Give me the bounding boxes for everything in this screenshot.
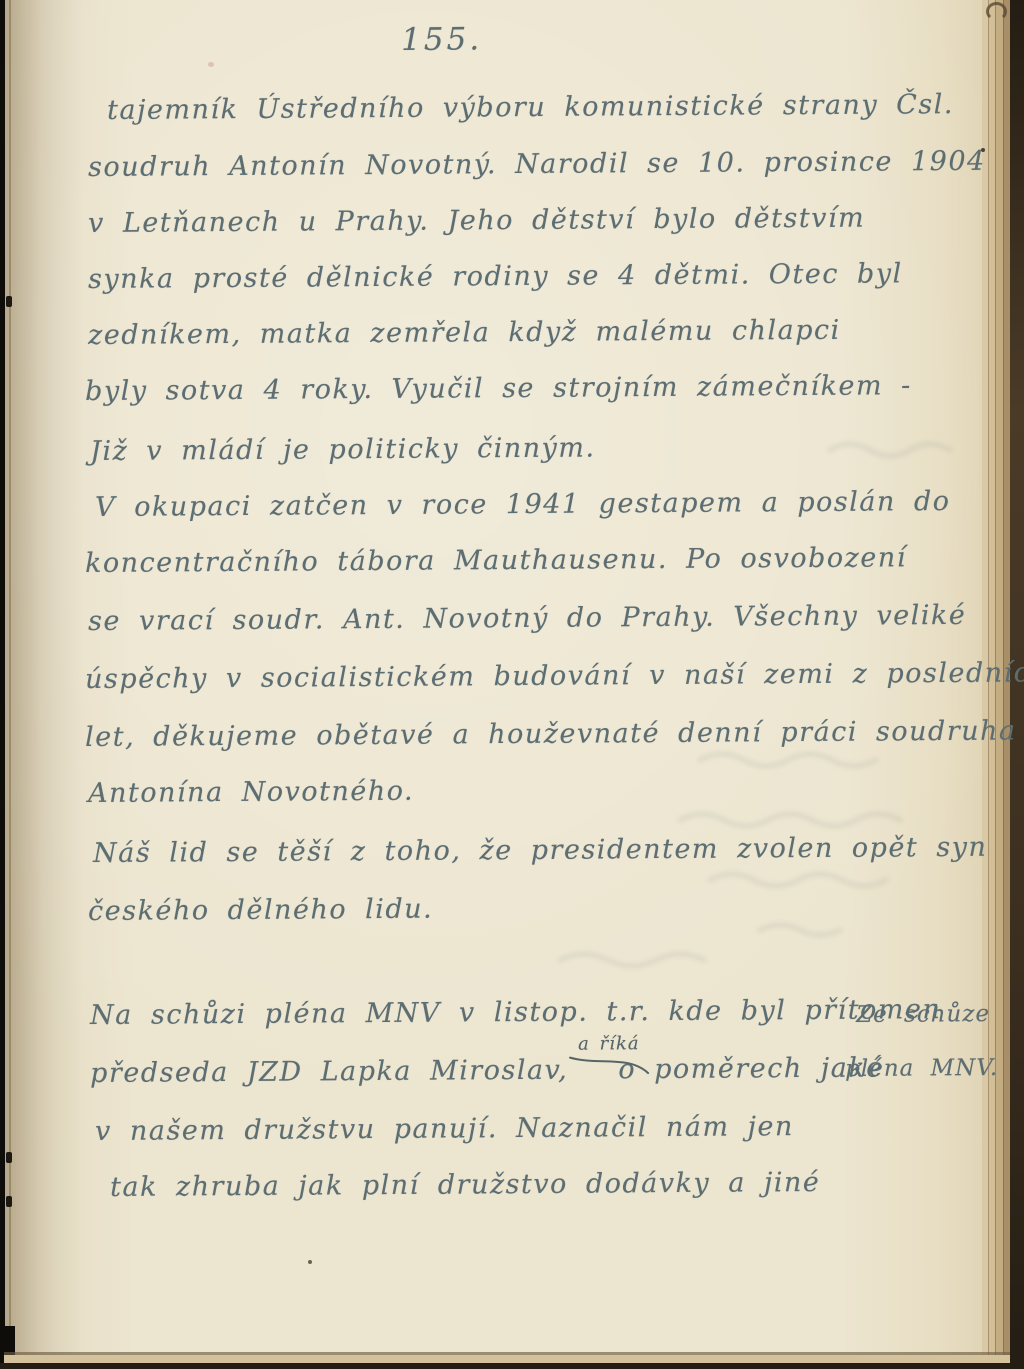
page-bottom-band (4, 1355, 1010, 1363)
handwritten-line-1: tajemník Ústředního výboru komunistické … (107, 89, 954, 126)
margin-note-line-1: Ze schůze (856, 1001, 990, 1028)
stitch-mark (6, 1152, 12, 1163)
handwritten-line-12: let, děkujeme obětavé a houževnaté denní… (85, 715, 1017, 753)
gutter-shadow (5, 0, 83, 1362)
stitch-mark (6, 1196, 12, 1207)
handwritten-line-14: Náš lid se těší z toho, že presidentem z… (93, 832, 987, 869)
handwritten-line-16: Na schůzi pléna MNV v listop. t.r. kde b… (90, 994, 941, 1031)
dust-speck (308, 1260, 312, 1264)
line-17-after: o poměrech jaké (618, 1052, 883, 1085)
handwritten-line-18: v našem družstvu panují. Naznačil nám je… (95, 1111, 794, 1147)
handwritten-line-19: tak zhruba jak plní družstvo dodávky a j… (110, 1167, 820, 1203)
handwritten-line-7: Již v mládí je politicky činným. (90, 432, 596, 467)
stitch-mark (6, 296, 12, 307)
page-number: 155. (401, 21, 482, 58)
handwritten-line-5: zedníkem, matka zemřela když malému chla… (88, 315, 841, 351)
binding-edge (0, 0, 5, 1369)
page-corner-curl (986, 2, 1007, 21)
handwritten-line-10: se vrací soudr. Ant. Novotný do Prahy. V… (88, 600, 966, 637)
margin-note-line-2: pléna MNV. (845, 1055, 998, 1082)
book-bottom-edge (0, 1363, 1024, 1369)
insertion-caret-mark (568, 1053, 654, 1084)
handwritten-line-3: v Letňanech u Prahy. Jeho dětství bylo d… (88, 203, 865, 239)
handwritten-line-13: Antonína Novotného. (88, 776, 414, 809)
scanned-notebook-page: 155. tajemník Ústředního výboru komunist… (0, 0, 1024, 1369)
handwritten-line-4: synka prosté dělnické rodiny se 4 dětmi.… (88, 258, 903, 295)
handwritten-line-2: soudruh Antonín Novotný. Narodil se 10. … (88, 146, 986, 183)
handwritten-line-15: českého dělného lidu. (88, 894, 433, 927)
paper-stain (208, 62, 214, 67)
insertion-anchor: a říká (586, 1077, 600, 1078)
handwritten-line-8: V okupaci zatčen v roce 1941 gestapem a … (95, 486, 951, 523)
handwritten-line-17: předseda JZD Lapka Miroslav, a říká o po… (90, 1052, 884, 1089)
handwritten-line-6: byly sotva 4 roky. Vyučil se strojním zá… (85, 370, 912, 407)
handwritten-line-11: úspěchy v socialistickém budování v naší… (85, 657, 1024, 695)
handwritten-line-9: koncentračního tábora Mauthausenu. Po os… (85, 542, 907, 579)
line-17-before: předseda JZD Lapka Miroslav, (90, 1055, 568, 1089)
inserted-word: a říká (578, 1033, 640, 1054)
